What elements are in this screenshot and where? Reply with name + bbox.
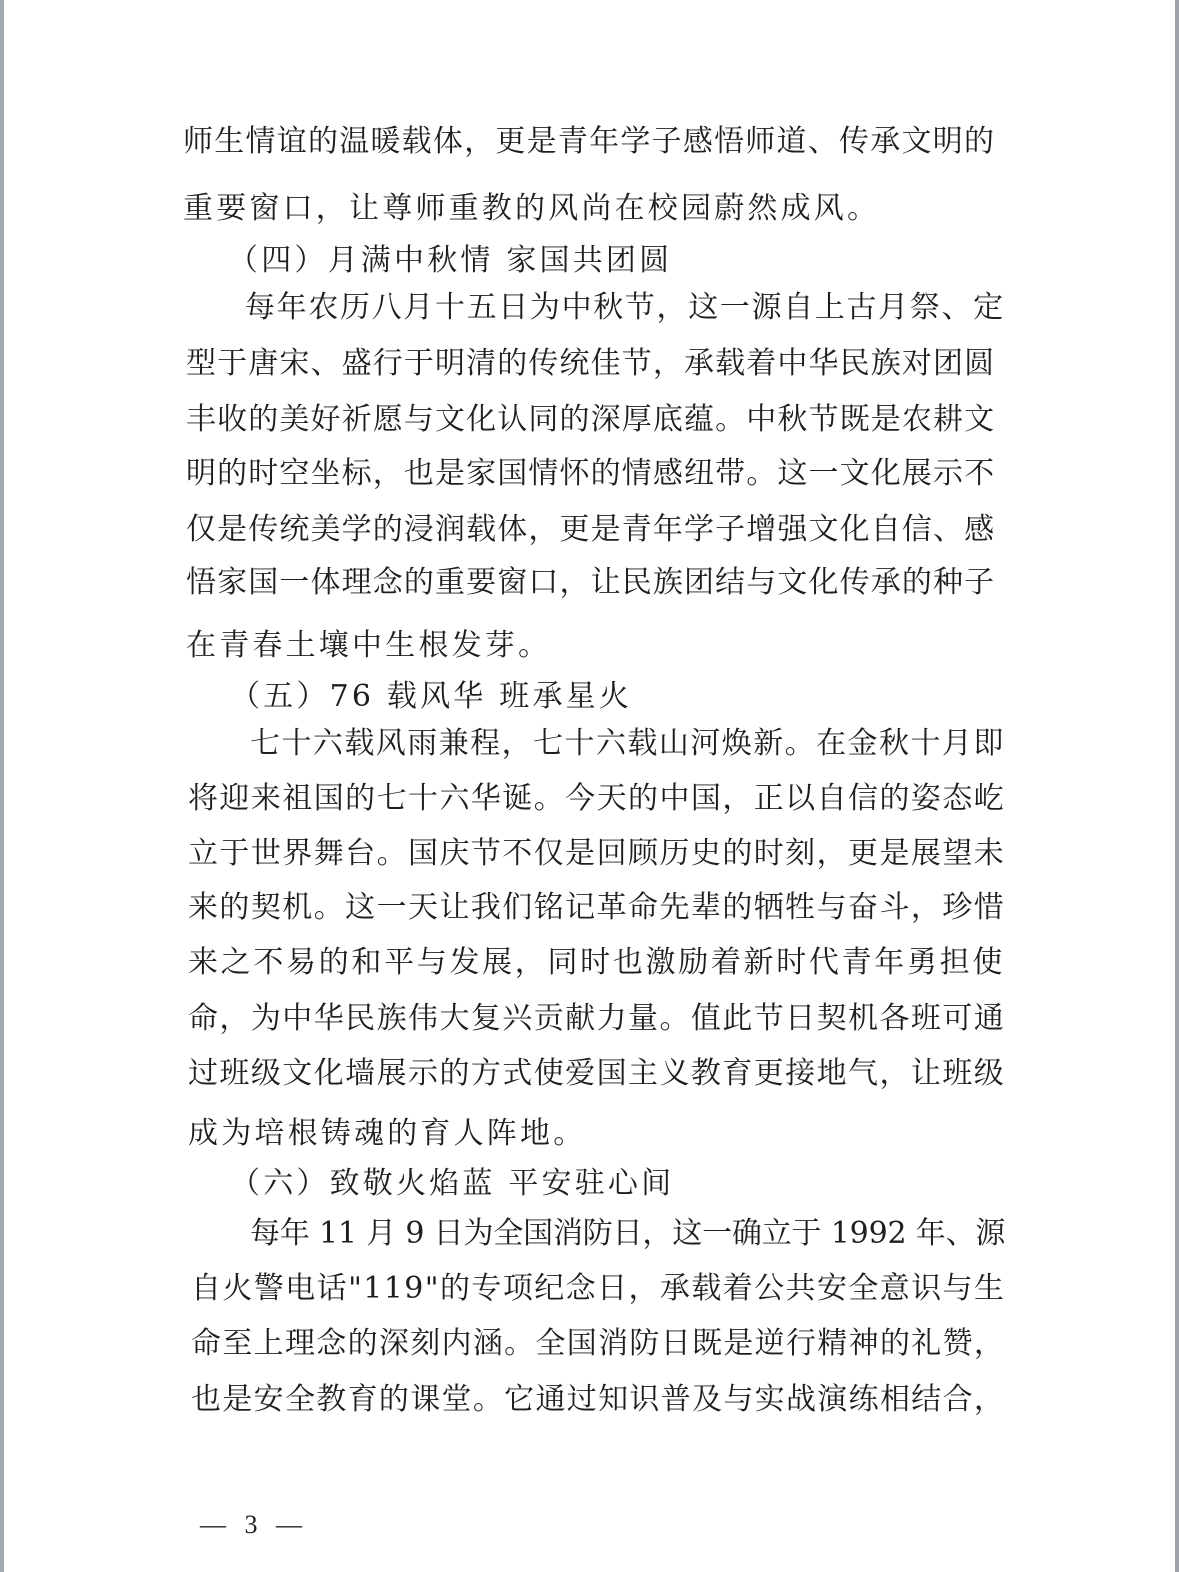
body-text-line: 仅是传统美学的浸润载体，更是青年学子增强文化自信、感 (186, 510, 995, 550)
body-text-line: 也是安全教育的课堂。它通过知识普及与实战演练相结合， (191, 1380, 1005, 1420)
body-text-line: 成为培根铸魂的育人阵地。 (188, 1114, 586, 1154)
body-text-line: 来之不易的和平与发展，同时也激励着新时代青年勇担使 (188, 943, 1005, 983)
body-text-line: 悟家国一体理念的重要窗口，让民族团结与文化传承的种子 (186, 563, 995, 603)
body-text-line: 每年 11 月 9 日为全国消防日，这一确立于 1992 年、源 (250, 1214, 1005, 1254)
body-text-line: 立于世界舞台。国庆节不仅是回顾历史的时刻，更是展望未 (188, 834, 1005, 874)
body-text-line: 重要窗口，让尊师重教的风尚在校园蔚然成风。 (183, 189, 880, 229)
body-text-line: 明的时空坐标，也是家国情怀的情感纽带。这一文化展示不 (186, 454, 995, 494)
body-text-line: 七十六载风雨兼程，七十六载山河焕新。在金秋十月即 (250, 724, 1005, 764)
section-heading: （四）月满中秋情 家国共团圆 (228, 241, 672, 281)
body-text-line: 过班级文化墙展示的方式使爱国主义教育更接地气，让班级 (188, 1054, 1005, 1094)
body-text-line: 命至上理念的深刻内涵。全国消防日既是逆行精神的礼赞， (191, 1324, 1005, 1364)
body-text-line: 丰收的美好祈愿与文化认同的深厚底蕴。中秋节既是农耕文 (186, 400, 995, 440)
body-text-line: 自火警电话"119"的专项纪念日，承载着公共安全意识与生 (191, 1269, 1005, 1309)
body-text-line: 来的契机。这一天让我们铭记革命先辈的牺牲与奋斗，珍惜 (188, 888, 1005, 928)
section-heading: （六）致敬火焰蓝 平安驻心间 (230, 1164, 674, 1204)
page-number: — 3 — (200, 1508, 308, 1542)
body-text-line: 型于唐宋、盛行于明清的传统佳节，承载着中华民族对团圆 (186, 344, 995, 384)
body-text-line: 每年农历八月十五日为中秋节，这一源自上古月祭、定 (245, 288, 1005, 328)
body-text-line: 将迎来祖国的七十六华诞。今天的中国，正以自信的姿态屹 (188, 779, 1005, 819)
section-heading: （五）76 载风华 班承星火 (230, 677, 632, 717)
document-page: 师生情谊的温暖载体，更是青年学子感悟师道、传承文明的重要窗口，让尊师重教的风尚在… (0, 0, 1179, 1572)
body-text-line: 师生情谊的温暖载体，更是青年学子感悟师道、传承文明的 (183, 122, 995, 162)
body-text-line: 命，为中华民族伟大复兴贡献力量。值此节日契机各班可通 (188, 999, 1005, 1039)
body-text-line: 在青春土壤中生根发芽。 (186, 626, 551, 666)
